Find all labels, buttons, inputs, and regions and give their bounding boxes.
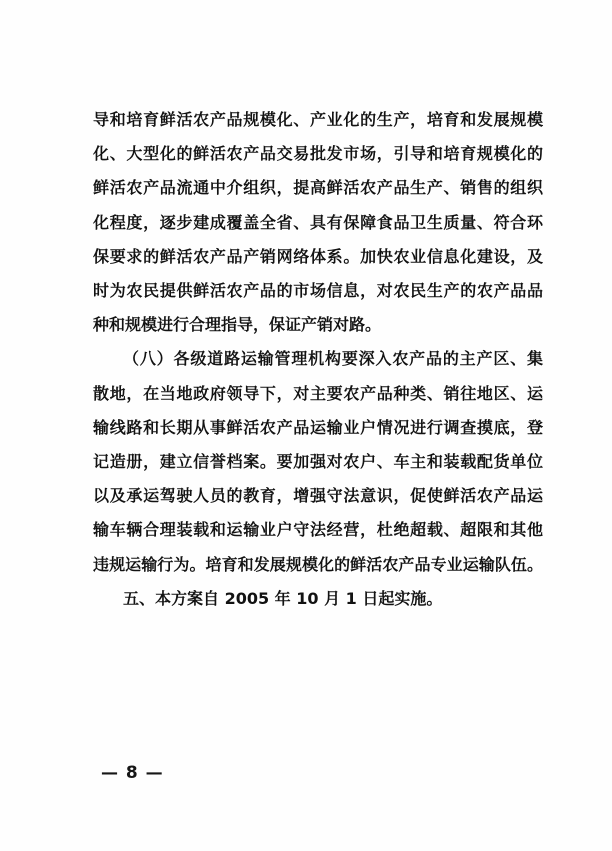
text-line: 散地，在当地政府领导下，对主要农产品种类、销往地区、运 <box>93 377 543 411</box>
text-line: 化、大型化的鲜活农产品交易批发市场，引导和培育规模化的 <box>93 137 543 171</box>
text-line: 以及承运驾驶人员的教育，增强守法意识，促使鲜活农产品运 <box>93 479 543 513</box>
page-number: — 8 — <box>101 763 164 783</box>
text-line paragraph-start: （八）各级道路运输管理机构要深入农产品的主产区、集 <box>93 342 543 376</box>
text-line paragraph-end: 违规运输行为。培育和发展规模化的鲜活农产品专业运输队伍。 <box>93 548 543 582</box>
text-line: 保要求的鲜活农产品产销网络体系。加快农业信息化建设，及 <box>93 240 543 274</box>
text-line: 导和培育鲜活农产品规模化、产业化的生产，培育和发展规模 <box>93 103 543 137</box>
text-line: 输车辆合理装载和运输业户守法经营，杜绝超载、超限和其他 <box>93 513 543 547</box>
text-line: 记造册，建立信誉档案。要加强对农户、车主和装载配货单位 <box>93 445 543 479</box>
text-line: 输线路和长期从事鲜活农产品运输业户情况进行调查摸底，登 <box>93 411 543 445</box>
text-line: 时为农民提供鲜活农产品的市场信息，对农民生产的农产品品 <box>93 274 543 308</box>
text-line paragraph-end: 种和规模进行合理指导，保证产销对路。 <box>93 308 543 342</box>
text-line paragraph-start: 五、本方案自 2005 年 10 月 1 日起实施。 <box>93 582 543 616</box>
document-body: 导和培育鲜活农产品规模化、产业化的生产，培育和发展规模 化、大型化的鲜活农产品交… <box>93 103 543 616</box>
text-line: 化程度，逐步建成覆盖全省、具有保障食品卫生质量、符合环 <box>93 206 543 240</box>
text-line: 鲜活农产品流通中介组织，提高鲜活农产品生产、销售的组织 <box>93 171 543 205</box>
document-page: 导和培育鲜活农产品规模化、产业化的生产，培育和发展规模 化、大型化的鲜活农产品交… <box>0 0 612 851</box>
